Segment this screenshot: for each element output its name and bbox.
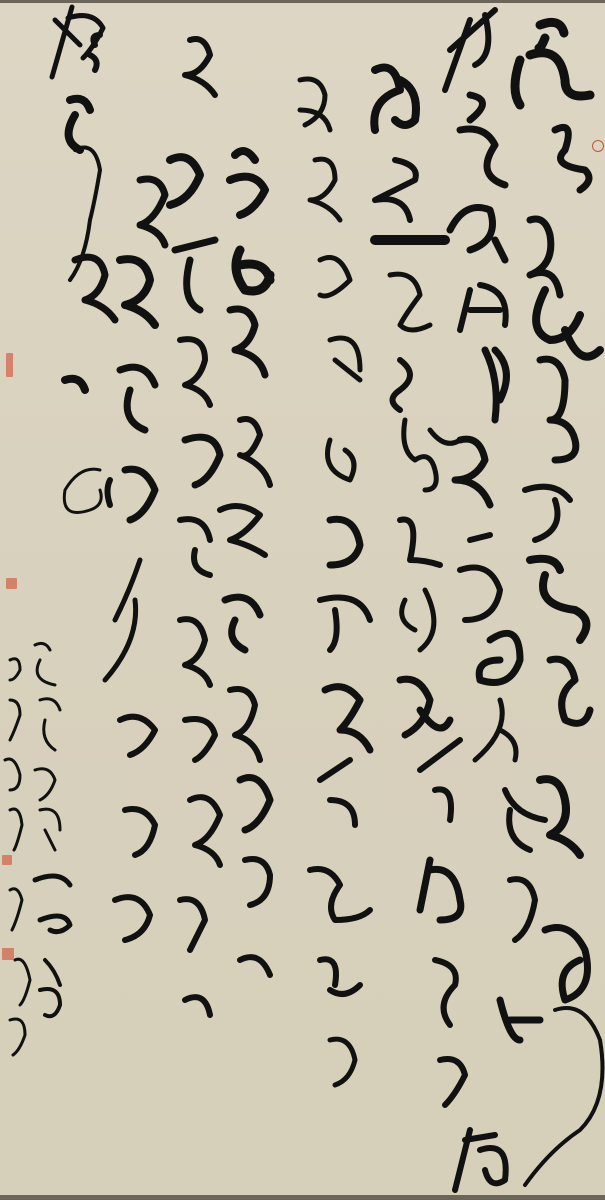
seal-inscription-2: [2, 948, 14, 960]
seal-inscription-1: [2, 855, 12, 865]
column-8: [52, 7, 115, 513]
round-seal: [592, 140, 604, 152]
column-4: [300, 79, 370, 1085]
seal-left-upper: [6, 353, 13, 377]
column-6: [170, 39, 220, 1015]
calligraphy-scroll: 跋伐题第十四章 已亥秋月: [0, 0, 605, 1200]
column-5: [220, 151, 270, 975]
column-1: [515, 22, 603, 1185]
column-7: [105, 179, 165, 940]
seal-left-middle: [6, 578, 17, 589]
inscription-strokes: [5, 643, 70, 1055]
column-2: [445, 10, 545, 1190]
brush-strokes: [0, 0, 605, 1200]
